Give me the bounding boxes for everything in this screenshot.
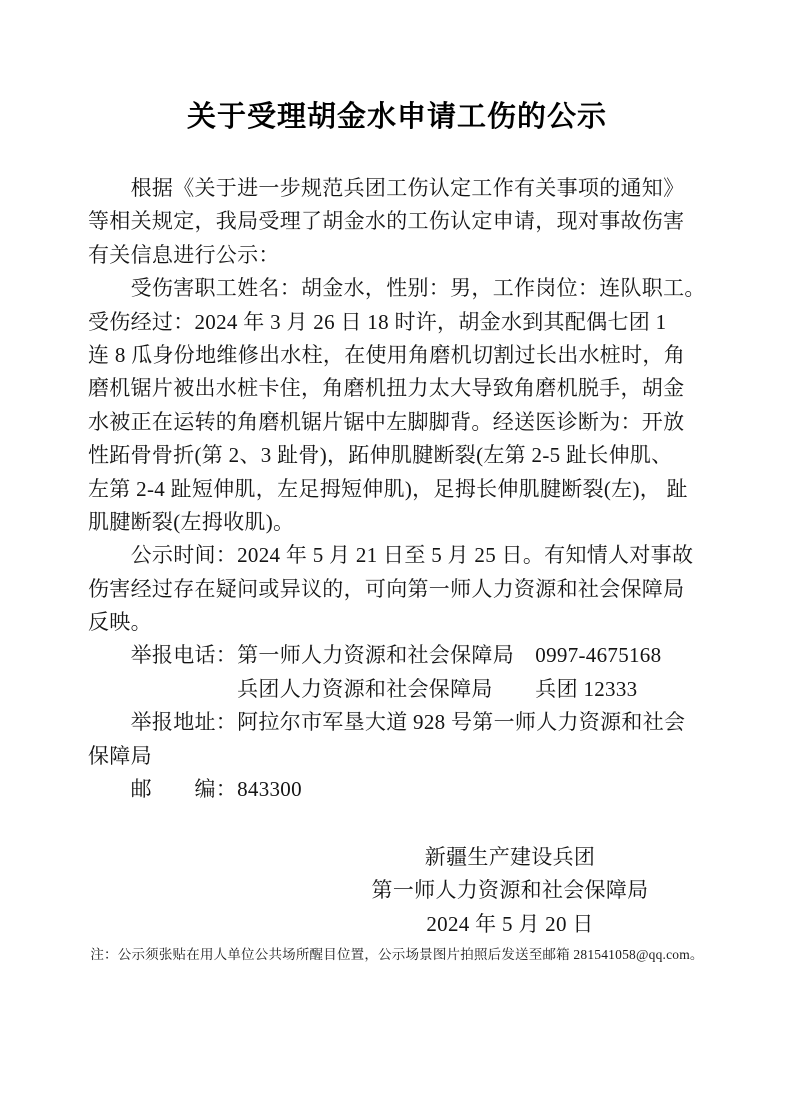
body-line-postal-code: 邮 编：843300 — [88, 773, 728, 806]
body-line: 磨机锯片被出水桩卡住，角磨机扭力太大导致角磨机脱手，胡金 — [88, 372, 728, 405]
body-line: 水被正在运转的角磨机锯片锯中左脚脚背。经送医诊断为：开放 — [88, 406, 728, 439]
notice-title: 关于受理胡金水申请工伤的公示 — [0, 94, 794, 135]
signature-org-2: 第一师人力资源和社会保障局 — [330, 874, 690, 907]
body-line: 肌腱断裂(左拇收肌)。 — [88, 506, 728, 539]
notice-body: 根据《关于进一步规范兵团工伤认定工作有关事项的通知》 等相关规定，我局受理了胡金… — [88, 172, 728, 806]
body-line: 伤害经过存在疑问或异议的，可向第一师人力资源和社会保障局 — [88, 573, 728, 606]
signature-block: 新疆生产建设兵团 第一师人力资源和社会保障局 2024 年 5 月 20 日 — [330, 841, 690, 941]
body-line: 连 8 瓜身份地维修出水柱，在使用角磨机切割过长出水桩时，角 — [88, 339, 728, 372]
body-line: 性跖骨骨折(第 2、3 趾骨)，跖伸肌腱断裂(左第 2-5 趾长伸肌、 — [88, 439, 728, 472]
body-line: 受伤害职工姓名：胡金水，性别：男，工作岗位：连队职工。 — [88, 272, 728, 305]
body-line: 有关信息进行公示： — [88, 239, 728, 272]
signature-date: 2024 年 5 月 20 日 — [330, 908, 690, 941]
body-line: 受伤经过：2024 年 3 月 26 日 18 时许，胡金水到其配偶七团 1 — [88, 306, 728, 339]
document-page: 关于受理胡金水申请工伤的公示 根据《关于进一步规范兵团工伤认定工作有关事项的通知… — [0, 0, 794, 1108]
body-line-report-address-2: 保障局 — [88, 740, 728, 773]
body-line: 公示时间：2024 年 5 月 21 日至 5 月 25 日。有知情人对事故 — [88, 539, 728, 572]
footnote-note: 注：公示须张贴在用人单位公共场所醒目位置，公示场景图片拍照后发送至邮箱 2815… — [0, 943, 794, 963]
body-line: 左第 2-4 趾短伸肌，左足拇短伸肌)，足拇长伸肌腱断裂(左)， 趾 — [88, 473, 728, 506]
body-line: 反映。 — [88, 606, 728, 639]
body-line-report-address: 举报地址：阿拉尔市军垦大道 928 号第一师人力资源和社会 — [88, 706, 728, 739]
body-line-report-phone: 举报电话：第一师人力资源和社会保障局 0997-4675168 — [88, 639, 728, 672]
signature-org-1: 新疆生产建设兵团 — [330, 841, 690, 874]
body-line: 等相关规定，我局受理了胡金水的工伤认定申请，现对事故伤害 — [88, 205, 728, 238]
body-line: 根据《关于进一步规范兵团工伤认定工作有关事项的通知》 — [88, 172, 728, 205]
body-line-report-phone-2: 兵团人力资源和社会保障局 兵团 12333 — [88, 673, 728, 706]
